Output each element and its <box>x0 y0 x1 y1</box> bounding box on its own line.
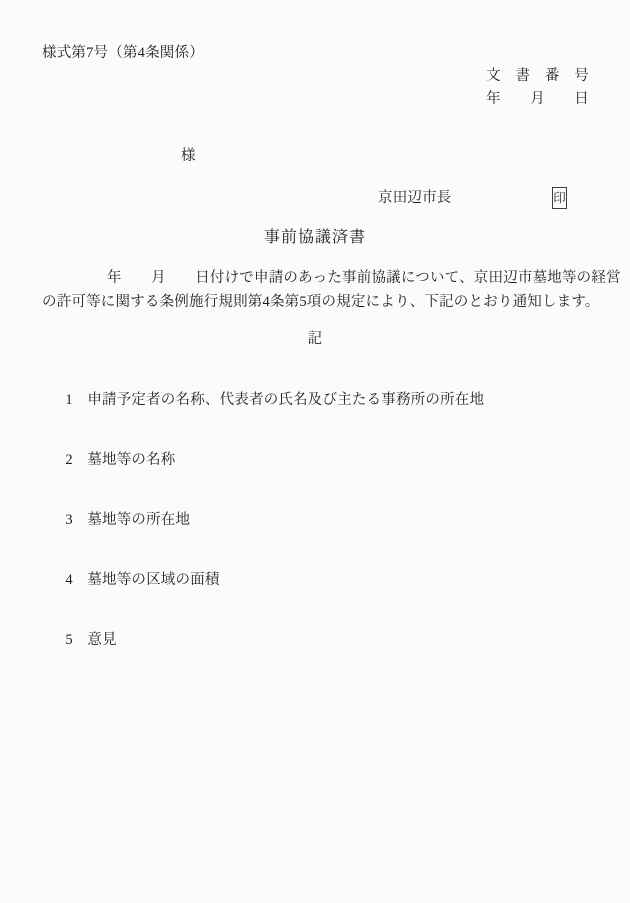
item-label: 申請予定者の名称、代表者の氏名及び主たる事務所の所在地 <box>87 392 484 408</box>
item-number: 1 <box>65 390 73 410</box>
record-marker: 記 <box>0 329 630 349</box>
seal-stamp-box: 印 <box>552 187 567 209</box>
document-page: 様式第7号（第4条関係） 文 書 番 号 年 月 日 様 京田辺市長 印 事前協… <box>0 0 630 903</box>
list-item-1: 1申請予定者の名称、代表者の氏名及び主たる事務所の所在地 <box>50 370 484 430</box>
item-label: 墓地等の名称 <box>87 452 175 468</box>
list-item-4: 4墓地等の区域の面積 <box>50 550 220 610</box>
date-placeholder: 年 月 日 <box>486 89 589 109</box>
body-paragraph-line2: の許可等に関する条例施行規則第4条第5項の規定により、下記のとおり通知します。 <box>42 292 600 312</box>
seal-label: 印 <box>553 192 566 205</box>
item-number: 3 <box>65 510 73 530</box>
item-number: 2 <box>65 450 73 470</box>
item-label: 墓地等の区域の面積 <box>87 572 219 588</box>
list-item-3: 3墓地等の所在地 <box>50 490 190 550</box>
doc-number-placeholder: 文 書 番 号 <box>486 66 589 86</box>
addressee-honorific: 様 <box>181 146 196 166</box>
form-number: 様式第7号（第4条関係） <box>42 43 204 63</box>
item-label: 墓地等の所在地 <box>87 512 190 528</box>
item-number: 5 <box>65 630 73 650</box>
list-item-5: 5意見 <box>50 610 117 670</box>
document-title: 事前協議済書 <box>0 228 630 248</box>
list-item-2: 2墓地等の名称 <box>50 430 176 490</box>
item-label: 意見 <box>87 632 116 648</box>
body-paragraph-line1: 年 月 日付けで申請のあった事前協議について、京田辺市墓地等の経営 <box>107 268 621 288</box>
sender-title: 京田辺市長 <box>378 188 452 208</box>
item-number: 4 <box>65 570 73 590</box>
